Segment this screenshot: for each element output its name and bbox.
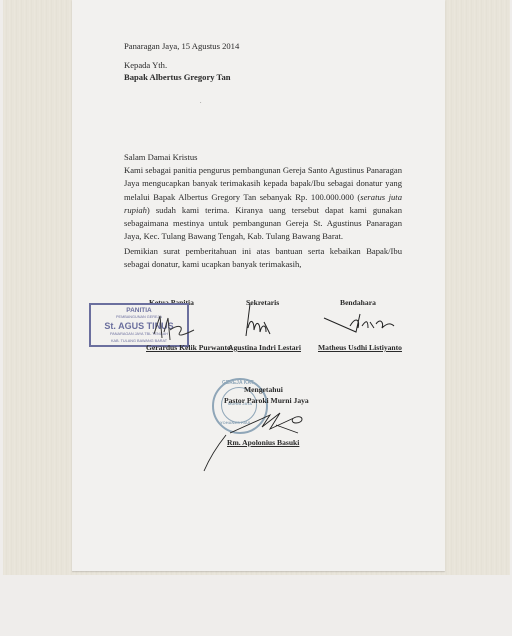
letter-page: Panaragan Jaya, 15 Agustus 2014 Kepada Y…: [72, 0, 445, 571]
role-treasurer: Bendahara: [340, 298, 376, 307]
name-chair: Gerardus Kelik Purwanto: [146, 343, 231, 352]
approval-label: Mengetahui: [244, 385, 283, 394]
recipient-name: Bapak Albertus Gregory Tan: [124, 71, 231, 84]
chair-signature: [150, 312, 200, 342]
greeting: Salam Damai Kristus: [124, 151, 198, 164]
secretary-signature: [240, 302, 280, 342]
paragraph-1-part-b: ) sudah kami terima. Kiranya uang terseb…: [124, 205, 402, 242]
place-date: Panaragan Jaya, 15 Agustus 2014: [124, 40, 239, 53]
paragraph-1: Kami sebagai panitia pengurus pembanguna…: [124, 164, 402, 244]
speck: .: [200, 96, 202, 109]
treasurer-signature: [320, 312, 400, 336]
approval-role: Pastor Paroki Murni Jaya: [224, 396, 309, 405]
approval-name: Rm. Apolonius Basuki: [227, 438, 299, 447]
to-label: Kepada Yth.: [124, 59, 167, 72]
name-treasurer: Matheus Usdhi Listiyanto: [318, 343, 402, 352]
paragraph-2: Demikian surat pemberitahuan ini atas ba…: [124, 245, 402, 272]
name-secretary: Agustina Indri Lestari: [228, 343, 301, 352]
